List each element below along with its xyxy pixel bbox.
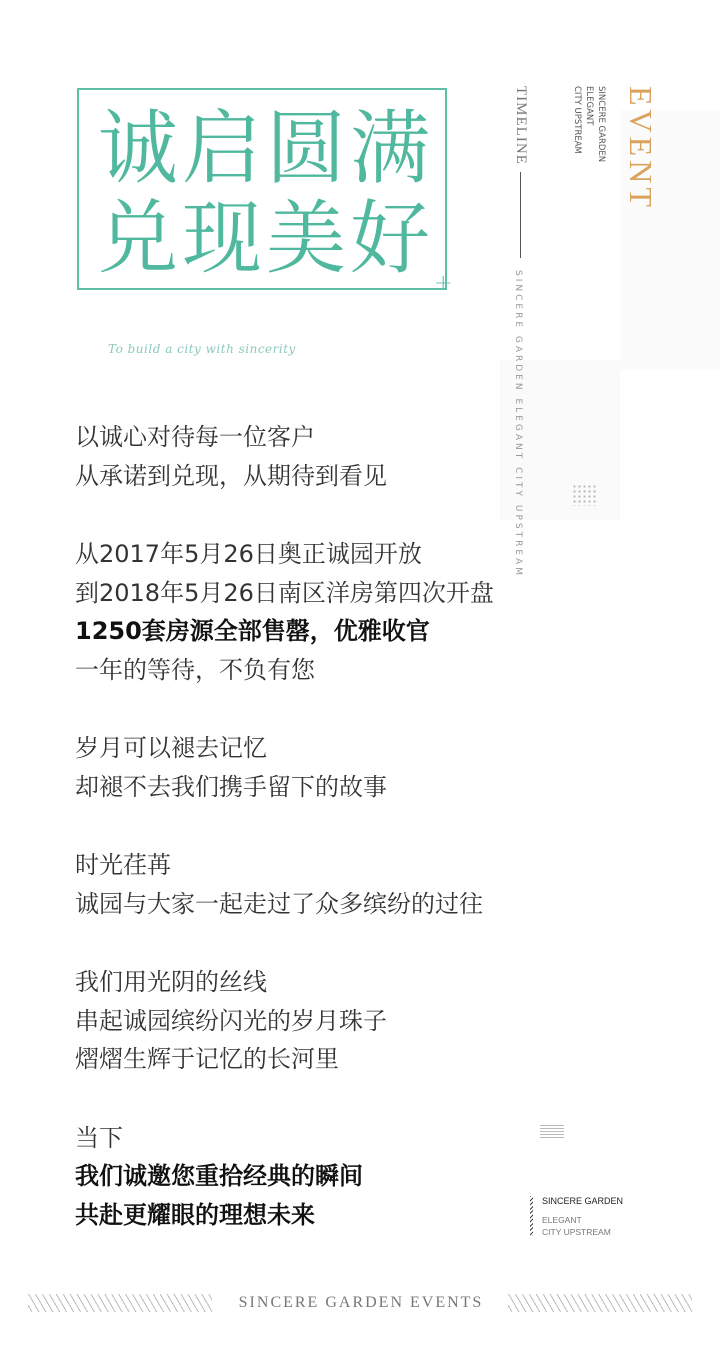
body-line: 我们用光阴的丝线 — [75, 963, 494, 1002]
body-line: 时光荏苒 — [75, 846, 494, 885]
plus-icon: + — [434, 273, 452, 295]
body-line: 到2018年5月26日南区洋房第四次开盘 — [75, 574, 494, 613]
body-line: 熠熠生辉于记忆的长河里 — [75, 1040, 494, 1079]
body-line: 当下 — [75, 1119, 494, 1158]
vertical-tagline: SINCERE GARDEN ELEGANT CITY UPSTREAM — [513, 270, 523, 578]
body-line: 岁月可以褪去记忆 — [75, 729, 494, 768]
badge-sub-line-2: CITY UPSTREAM — [542, 1226, 611, 1238]
page-title: 诚启圆满 兑现美好 — [98, 104, 434, 284]
event-sub-line-3: CITY UPSTREAM — [572, 86, 582, 162]
body-line-highlight: 共赴更耀眼的理想未来 — [75, 1196, 494, 1235]
hatch-bar-icon — [530, 1196, 533, 1236]
body-line-highlight: 1250套房源全部售罄，优雅收官 — [75, 612, 494, 651]
title-line-2: 兑现美好 — [98, 194, 434, 284]
wave-pattern-icon — [540, 1125, 564, 1139]
chevron-pattern-right-icon — [508, 1294, 692, 1312]
body-line: 从2017年5月26日奥正诚园开放 — [75, 535, 494, 574]
title-line-1: 诚启圆满 — [98, 104, 434, 194]
badge-sub-line-1: ELEGANT — [542, 1214, 611, 1226]
event-sub-line-1: SINCERE GARDEN — [596, 86, 606, 162]
timeline-label: TIMELINE — [512, 86, 529, 165]
event-subtitle: SINCERE GARDEN ELEGANT CITY UPSTREAM — [572, 86, 606, 162]
body-line: 以诚心对待每一位客户 — [75, 418, 494, 457]
footer: SINCERE GARDEN EVENTS — [0, 1292, 720, 1316]
script-tagline: To build a city with sincerity — [108, 342, 296, 356]
badge-title: SINCERE GARDEN — [542, 1196, 623, 1206]
badge-subtitle: ELEGANT CITY UPSTREAM — [542, 1214, 611, 1238]
timeline-divider — [520, 172, 521, 258]
body-line: 却褪不去我们携手留下的故事 — [75, 768, 494, 807]
event-sub-line-2: ELEGANT — [584, 86, 594, 162]
event-label: EVENT — [622, 86, 660, 211]
body-line: 一年的等待，不负有您 — [75, 651, 494, 690]
chevron-pattern-left-icon — [28, 1294, 212, 1312]
body-line: 从承诺到兑现，从期待到看见 — [75, 457, 494, 496]
body-line: 诚园与大家一起走过了众多缤纷的过往 — [75, 885, 494, 924]
body-line: 串起诚园缤纷闪光的岁月珠子 — [75, 1002, 494, 1041]
dot-grid-icon — [572, 484, 598, 506]
body-text: 以诚心对待每一位客户 从承诺到兑现，从期待到看见 从2017年5月26日奥正诚园… — [75, 418, 494, 1234]
footer-text: SINCERE GARDEN EVENTS — [230, 1292, 492, 1314]
body-line-highlight: 我们诚邀您重拾经典的瞬间 — [75, 1157, 494, 1196]
